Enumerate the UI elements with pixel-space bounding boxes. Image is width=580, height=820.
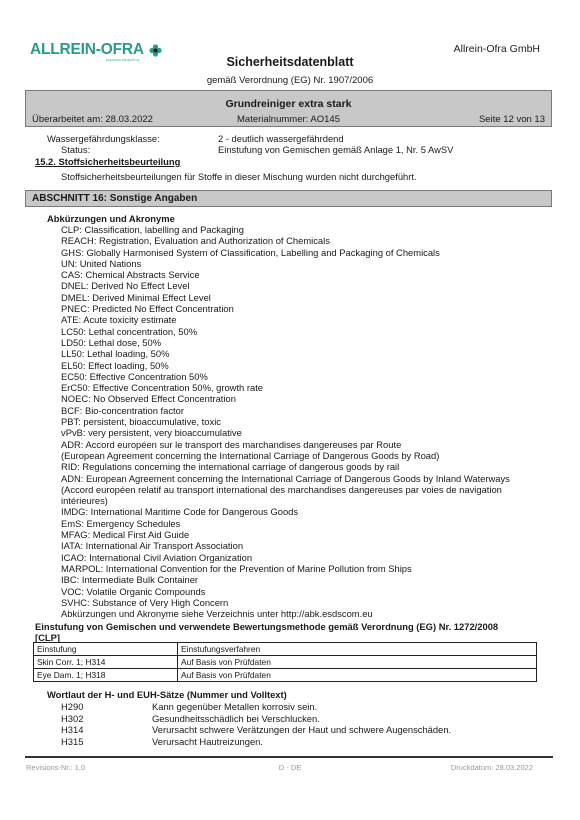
table-header-cell: Einstufung xyxy=(34,643,178,656)
clp-heading: Einstufung von Gemischen und verwendete … xyxy=(35,621,498,643)
list-item: EL50: Effect loading, 50% xyxy=(61,360,510,371)
list-item: CLP: Classification, labelling and Packa… xyxy=(61,224,510,235)
table-header-cell: Einstufungsverfahren xyxy=(178,643,537,656)
list-item: (European Agreement concerning the Inter… xyxy=(61,450,510,461)
list-item: SVHC: Substance of Very High Concern xyxy=(61,597,510,608)
list-item: LL50: Lethal loading, 50% xyxy=(61,348,510,359)
list-item: MARPOL: International Convention for the… xyxy=(61,563,510,574)
list-item: ADR: Accord européen sur le transport de… xyxy=(61,439,510,450)
list-item: LC50: Lethal concentration, 50% xyxy=(61,326,510,337)
product-name: Grundreiniger extra stark xyxy=(26,98,551,110)
list-item: IATA: International Air Transport Associ… xyxy=(61,540,510,551)
list-item: IBC: Intermediate Bulk Container xyxy=(61,574,510,585)
list-item: NOEC: No Observed Effect Concentration xyxy=(61,393,510,404)
table-cell: Eye Dam. 1; H318 xyxy=(34,669,178,682)
h-statement-row: H315Verursacht Hautreizungen. xyxy=(61,736,451,748)
list-item: ADN: European Agreement concerning the I… xyxy=(61,473,510,484)
water-hazard-class-label: Wassergefährdungsklasse: xyxy=(47,133,160,144)
list-item: (Accord européen relatif au transport in… xyxy=(61,484,510,495)
table-cell: Auf Basis von Prüfdaten xyxy=(178,656,537,669)
footer-divider xyxy=(25,756,553,758)
table-cell: Skin Corr. 1; H314 xyxy=(34,656,178,669)
h-statement-code: H290 xyxy=(61,701,152,713)
list-item: LD50: Lethal dose, 50% xyxy=(61,337,510,348)
revision-date: Überarbeitet am: 28.03.2022 xyxy=(32,114,153,125)
list-item: IMDG: International Maritime Code for Da… xyxy=(61,506,510,517)
h-statement-text: Verursacht schwere Verätzungen der Haut … xyxy=(152,724,451,736)
subsection-15-2-title: 15.2. Stoffsicherheitsbeurteilung xyxy=(35,156,180,167)
table-row: Eye Dam. 1; H318 Auf Basis von Prüfdaten xyxy=(34,669,537,682)
list-item: Abkürzungen und Akronyme siehe Verzeichn… xyxy=(61,608,510,619)
h-statement-code: H302 xyxy=(61,713,152,725)
section-16-title: ABSCHNITT 16: Sonstige Angaben xyxy=(25,190,552,207)
water-hazard-class-value: 2 - deutlich wassergefährdend xyxy=(218,133,344,144)
h-statement-row: H314Verursacht schwere Verätzungen der H… xyxy=(61,724,451,736)
list-item: ICAO: International Civil Aviation Organ… xyxy=(61,552,510,563)
table-header-row: Einstufung Einstufungsverfahren xyxy=(34,643,537,656)
list-item: EC50: Effective Concentration 50% xyxy=(61,371,510,382)
table-row: Skin Corr. 1; H314 Auf Basis von Prüfdat… xyxy=(34,656,537,669)
abbreviations-list: CLP: Classification, labelling and Packa… xyxy=(61,224,510,619)
subsection-15-2-text: Stoffsicherheitsbeurteilungen für Stoffe… xyxy=(61,171,417,182)
list-item: REACH: Registration, Evaluation and Auth… xyxy=(61,235,510,246)
abbreviations-heading: Abkürzungen und Akronyme xyxy=(47,213,175,224)
h-statement-text: Kann gegenüber Metallen korrosiv sein. xyxy=(152,701,317,713)
list-item: ATE: Acute toxicity estimate xyxy=(61,314,510,325)
status-value: Einstufung von Gemischen gemäß Anlage 1,… xyxy=(218,144,453,155)
list-item: EmS: Emergency Schedules xyxy=(61,518,510,529)
h-statements-heading: Wortlaut der H- und EUH-Sätze (Nummer un… xyxy=(47,689,287,700)
document-title: Sicherheitsdatenblatt xyxy=(0,55,580,69)
list-item: VOC: Volatile Organic Compounds xyxy=(61,586,510,597)
table-cell: Auf Basis von Prüfdaten xyxy=(178,669,537,682)
status-label: Status: xyxy=(61,144,90,155)
clp-classification-table: Einstufung Einstufungsverfahren Skin Cor… xyxy=(33,642,537,682)
list-item: BCF: Bio-concentration factor xyxy=(61,405,510,416)
h-statement-text: Gesundheitsschädlich bei Verschlucken. xyxy=(152,713,320,725)
list-item: intérieures) xyxy=(61,495,510,506)
list-item: GHS: Globally Harmonised System of Class… xyxy=(61,247,510,258)
list-item: ErC50: Effective Concentration 50%, grow… xyxy=(61,382,510,393)
document-subtitle: gemäß Verordnung (EG) Nr. 1907/2006 xyxy=(0,75,580,86)
list-item: PNEC: Predicted No Effect Concentration xyxy=(61,303,510,314)
list-item: RID: Regulations concerning the internat… xyxy=(61,461,510,472)
h-statements-list: H290Kann gegenüber Metallen korrosiv sei… xyxy=(61,701,451,747)
list-item: DNEL: Derived No Effect Level xyxy=(61,280,510,291)
h-statement-row: H302Gesundheitsschädlich bei Verschlucke… xyxy=(61,713,451,725)
product-header-box: Grundreiniger extra stark Materialnummer… xyxy=(25,90,552,127)
h-statement-code: H315 xyxy=(61,736,152,748)
list-item: DMEL: Derived Minimal Effect Level xyxy=(61,292,510,303)
page-number: Seite 12 von 13 xyxy=(479,114,545,125)
company-name: Allrein-Ofra GmbH xyxy=(454,43,540,55)
h-statement-code: H314 xyxy=(61,724,152,736)
h-statement-row: H290Kann gegenüber Metallen korrosiv sei… xyxy=(61,701,451,713)
list-item: PBT: persistent, bioaccumulative, toxic xyxy=(61,416,510,427)
list-item: CAS: Chemical Abstracts Service xyxy=(61,269,510,280)
h-statement-text: Verursacht Hautreizungen. xyxy=(152,736,263,748)
list-item: UN: United Nations xyxy=(61,258,510,269)
clp-heading-line1: Einstufung von Gemischen und verwendete … xyxy=(35,621,498,632)
list-item: vPvB: very persistent, very bioaccumulat… xyxy=(61,427,510,438)
list-item: MFAG: Medical First Aid Guide xyxy=(61,529,510,540)
footer-print-date: Druckdatum: 28.03.2022 xyxy=(451,763,533,772)
